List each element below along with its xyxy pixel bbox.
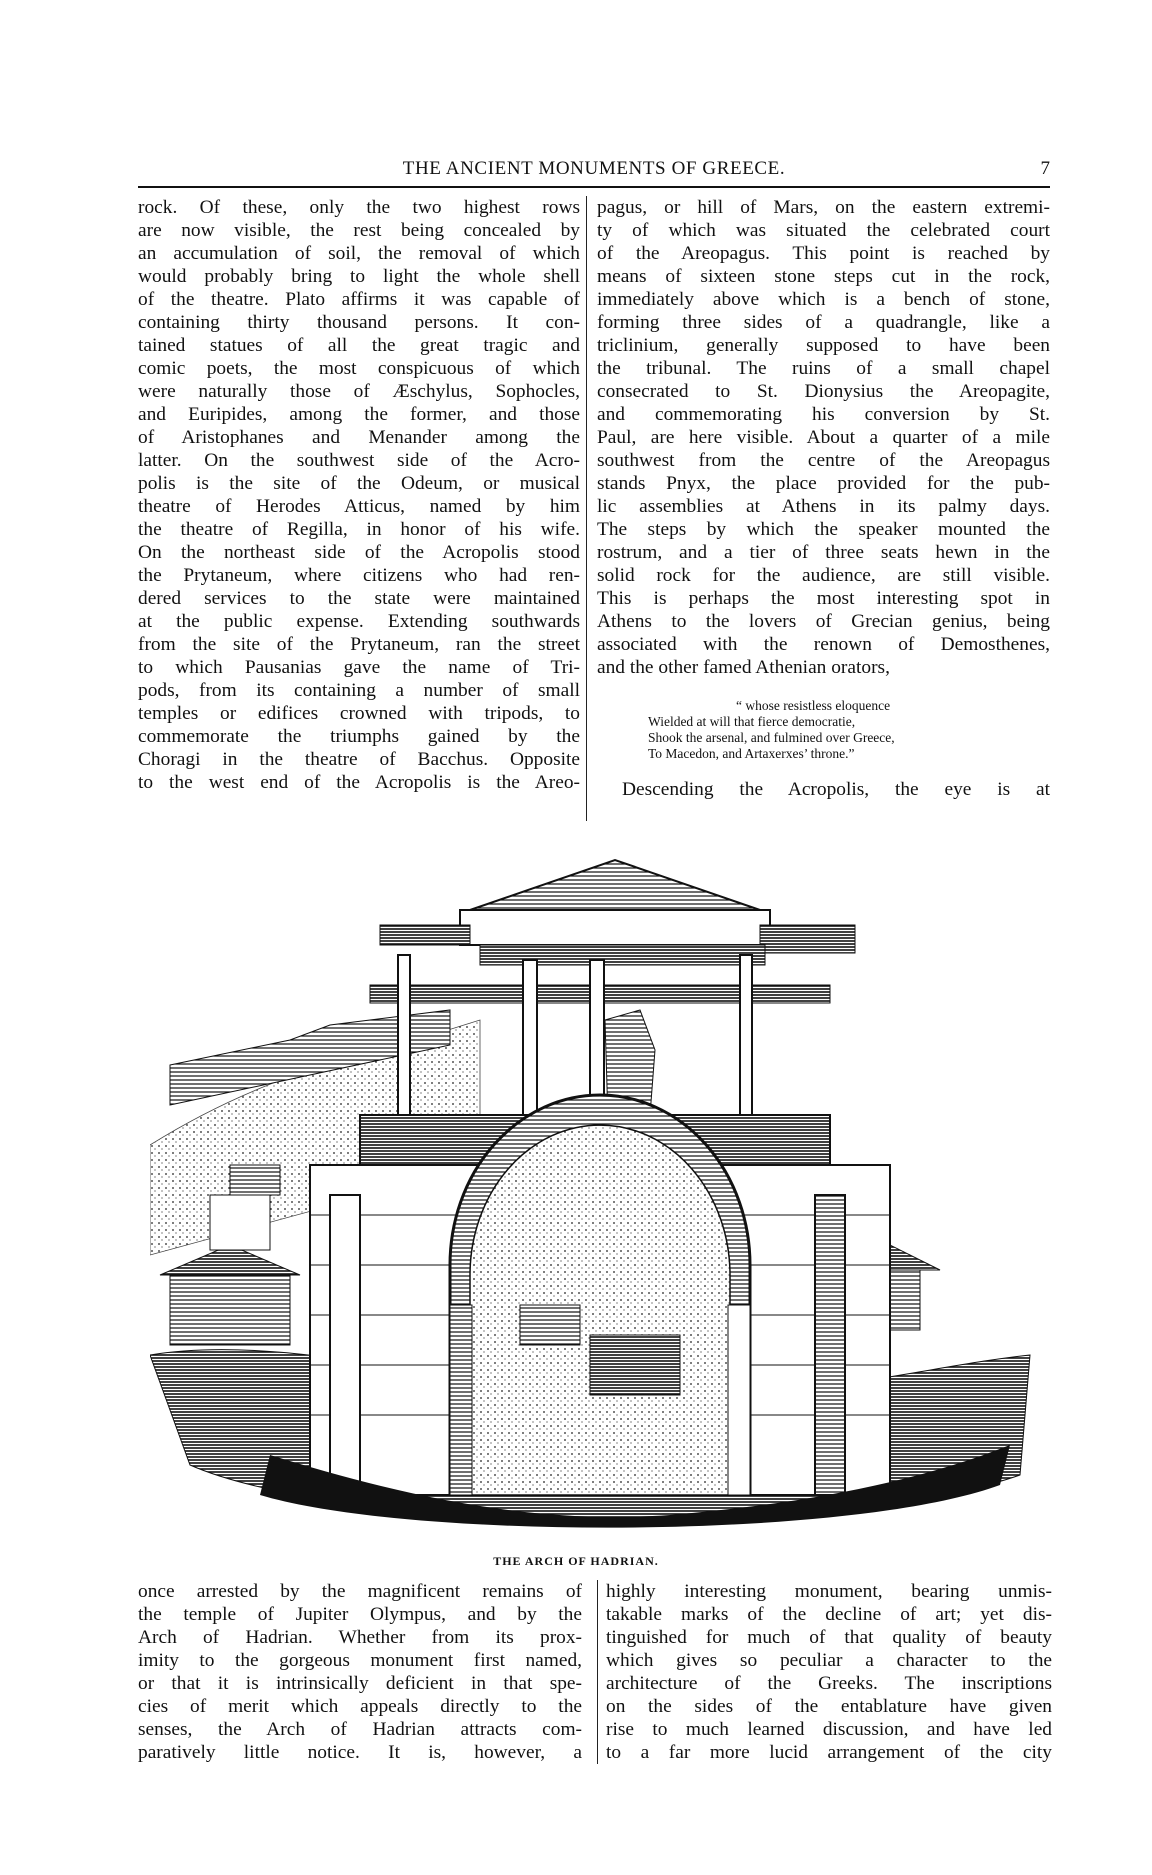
text-line: solid rock for the audience, are still v… [597,564,1050,587]
text-line: architecture of the Greeks. The inscript… [606,1672,1052,1695]
text-line: immediately above which is a bench of st… [597,288,1050,311]
text-line: The steps by which the speaker mounted t… [597,518,1050,541]
lower-left-column: once arrested by the magnificent remains… [138,1580,582,1764]
text-line: and Euripides, among the former, and tho… [138,403,580,426]
text-line: pagus, or hill of Mars, on the eastern e… [597,196,1050,219]
text-line: which gives so peculiar a character to t… [606,1649,1052,1672]
poem-line: To Macedon, and Artaxerxes’ throne.” [648,746,895,762]
text-line: imity to the gorgeous monument first nam… [138,1649,582,1672]
text-line: temples or edifices crowned with tripods… [138,702,580,725]
upper-right-column-continuation: Descending the Acropolis, the eye is at [622,778,1050,801]
text-line: consecrated to St. Dionysius the Areopag… [597,380,1050,403]
text-line: the temple of Jupiter Olympus, and by th… [138,1603,582,1626]
text-line: from the site of the Prytaneum, ran the … [138,633,580,656]
text-line: the tribunal. The ruins of a small chape… [597,357,1050,380]
text-line: theatre of Herodes Atticus, named by him [138,495,580,518]
text-line: takable marks of the decline of art; yet… [606,1603,1052,1626]
text-line: to the west end of the Acropolis is the … [138,771,580,794]
text-line: lic assemblies at Athens in its palmy da… [597,495,1050,518]
text-line: polis is the site of the Odeum, or music… [138,472,580,495]
text-line: an accumulation of soil, the removal of … [138,242,580,265]
text-line: Athens to the lovers of Grecian genius, … [597,610,1050,633]
text-line: of the Areopagus. This point is reached … [597,242,1050,265]
text-line: or that it is intrinsically deficient in… [138,1672,582,1695]
text-line: rock. Of these, only the two highest row… [138,196,580,219]
text-line: highly interesting monument, bearing unm… [606,1580,1052,1603]
text-line: forming three sides of a quadrangle, lik… [597,311,1050,334]
text-line: means of sixteen stone steps cut in the … [597,265,1050,288]
poem-line: Shook the arsenal, and fulmined over Gre… [648,730,895,746]
text-line: once arrested by the magnificent remains… [138,1580,582,1603]
figure-caption: THE ARCH OF HADRIAN. [0,1554,1152,1569]
text-line: Descending the Acropolis, the eye is at [622,778,1050,801]
text-line: containing thirty thousand persons. It c… [138,311,580,334]
poem-line: Wielded at will that fierce democratie, [648,714,895,730]
text-line: would probably bring to light the whole … [138,265,580,288]
column-divider [586,196,587,821]
text-line: latter. On the southwest side of the Acr… [138,449,580,472]
upper-right-column: pagus, or hill of Mars, on the eastern e… [597,196,1050,679]
poem-line: “ whose resistless eloquence [648,698,895,714]
running-title: THE ANCIENT MONUMENTS OF GREECE. [138,158,1050,180]
text-line: of the theatre. Plato affirms it was cap… [138,288,580,311]
text-line: associated with the renown of Demosthene… [597,633,1050,656]
text-line: southwest from the centre of the Areopag… [597,449,1050,472]
text-line: cies of merit which appeals directly to … [138,1695,582,1718]
text-line: Paul, are here visible. About a quarter … [597,426,1050,449]
text-line: tained statues of all the great tragic a… [138,334,580,357]
text-line: on the sides of the entablature have giv… [606,1695,1052,1718]
upper-left-column: rock. Of these, only the two highest row… [138,196,580,794]
header-rule [138,186,1050,188]
text-line: pods, from its containing a number of sm… [138,679,580,702]
text-line: On the northeast side of the Acropolis s… [138,541,580,564]
text-line: to a far more lucid arrangement of the c… [606,1741,1052,1764]
text-line: commemorate the triumphs gained by the [138,725,580,748]
text-line: to which Pausanias gave the name of Tri- [138,656,580,679]
text-line: Choragi in the theatre of Bacchus. Oppos… [138,748,580,771]
text-line: Arch of Hadrian. Whether from its prox- [138,1626,582,1649]
text-line: senses, the Arch of Hadrian attracts com… [138,1718,582,1741]
text-line: rostrum, and a tier of three seats hewn … [597,541,1050,564]
text-line: stands Pnyx, the place provided for the … [597,472,1050,495]
text-line: and the other famed Athenian orators, [597,656,1050,679]
text-line: tinguished for much of that quality of b… [606,1626,1052,1649]
page-number: 7 [1041,158,1051,180]
text-line: ty of which was situated the celebrated … [597,219,1050,242]
text-line: were naturally those of Æschylus, Sophoc… [138,380,580,403]
text-line: comic poets, the most conspicuous of whi… [138,357,580,380]
text-line: the theatre of Regilla, in honor of his … [138,518,580,541]
text-line: and commemorating his conversion by St. [597,403,1050,426]
lower-right-column: highly interesting monument, bearing unm… [606,1580,1052,1764]
text-line: the Prytaneum, where citizens who had re… [138,564,580,587]
arch-of-hadrian-illustration [150,835,1050,1540]
text-line: rise to much learned discussion, and hav… [606,1718,1052,1741]
text-line: are now visible, the rest being conceale… [138,219,580,242]
poem-quotation: “ whose resistless eloquence Wielded at … [648,698,895,762]
text-line: at the public expense. Extending southwa… [138,610,580,633]
text-line: of Aristophanes and Menander among the [138,426,580,449]
column-divider [597,1580,598,1764]
running-head: THE ANCIENT MONUMENTS OF GREECE. 7 [138,158,1050,184]
text-line: paratively little notice. It is, however… [138,1741,582,1764]
text-line: dered services to the state were maintai… [138,587,580,610]
text-line: triclinium, generally supposed to have b… [597,334,1050,357]
text-line: This is perhaps the most interesting spo… [597,587,1050,610]
